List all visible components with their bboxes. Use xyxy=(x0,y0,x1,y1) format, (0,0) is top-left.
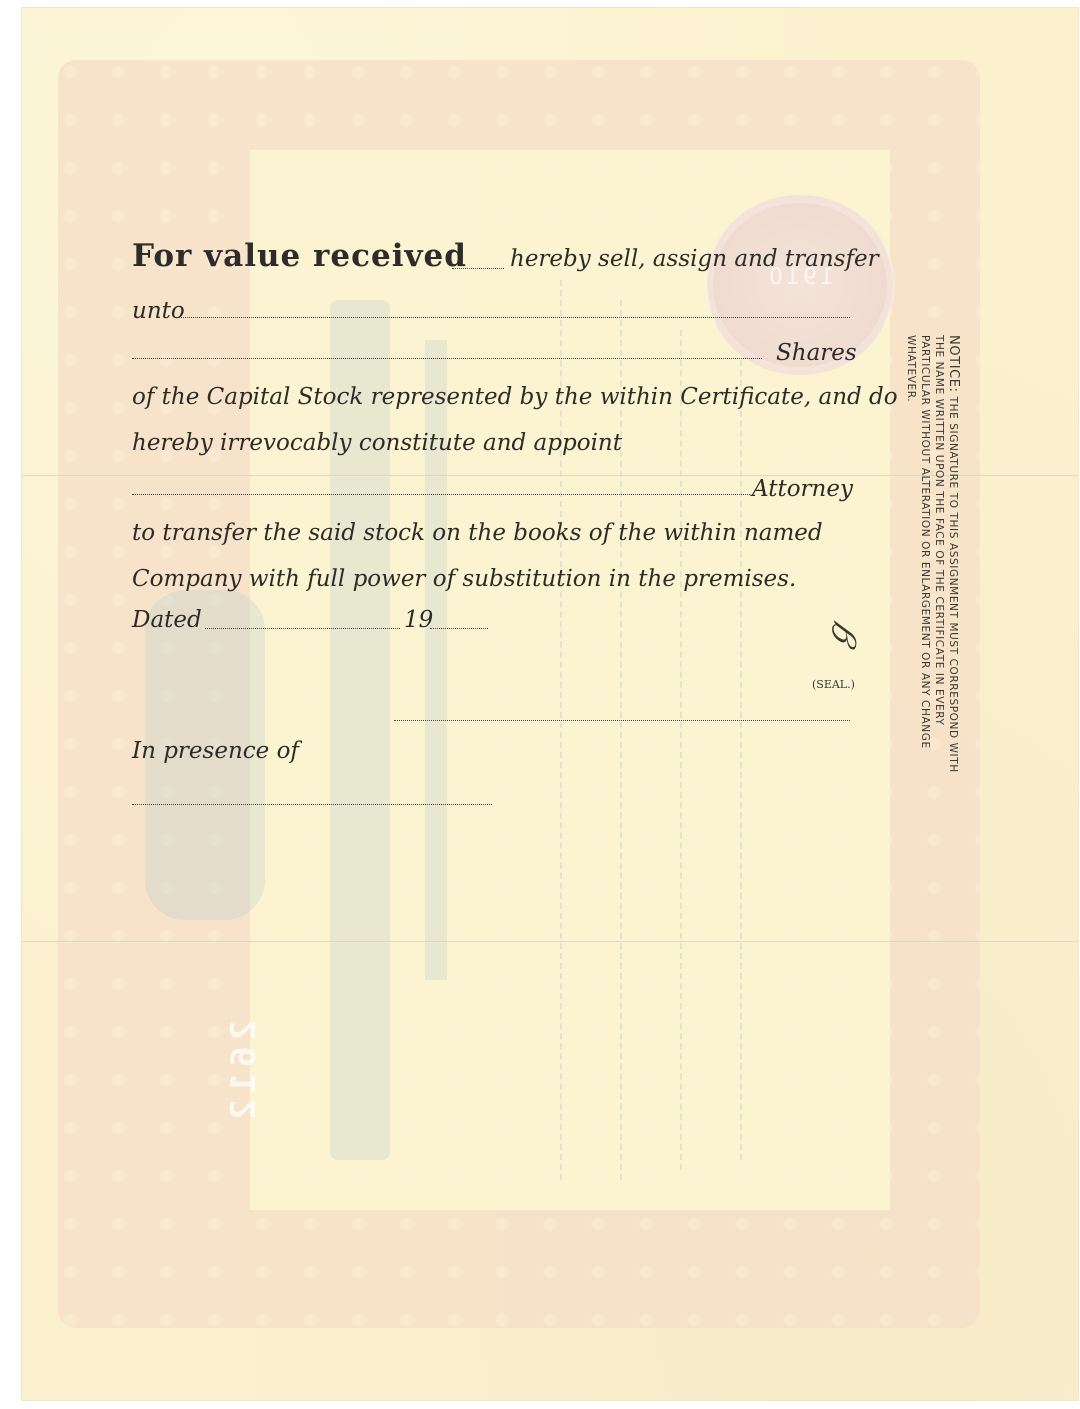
unto-label: unto xyxy=(132,298,185,324)
attorney-name-field[interactable] xyxy=(132,494,750,495)
transfer-text: to transfer the said stock on the books … xyxy=(132,520,823,546)
year-field[interactable] xyxy=(430,628,488,629)
shares-count-field[interactable] xyxy=(132,358,762,359)
date-field[interactable] xyxy=(205,628,400,629)
notice-text: The Signature to this assignment must co… xyxy=(905,335,959,773)
year-prefix: 19 xyxy=(404,607,433,633)
signature-field[interactable] xyxy=(394,720,850,721)
signature-mark: ℊ xyxy=(808,613,863,656)
assignor-name-field[interactable] xyxy=(452,268,504,269)
capital-stock-text: of the Capital Stock represented by the … xyxy=(132,384,898,410)
assignment-line1-tail: hereby sell, assign and transfer xyxy=(510,246,879,272)
witness-signature-field[interactable] xyxy=(132,804,492,805)
attorney-label: Attorney xyxy=(752,476,853,502)
signature-notice: Notice: The Signature to this assignment… xyxy=(904,335,960,775)
company-text: Company with full power of substitution … xyxy=(132,566,796,592)
seal-label: (SEAL.) xyxy=(812,678,855,691)
dated-label: Dated xyxy=(132,607,202,633)
assignee-name-field[interactable] xyxy=(178,317,850,318)
presence-label: In presence of xyxy=(132,738,299,764)
assignment-heading: For value received xyxy=(132,238,467,274)
shares-label: Shares xyxy=(776,340,857,366)
notice-heading: Notice: xyxy=(946,335,961,393)
appoint-text: hereby irrevocably constitute and appoin… xyxy=(132,430,622,456)
